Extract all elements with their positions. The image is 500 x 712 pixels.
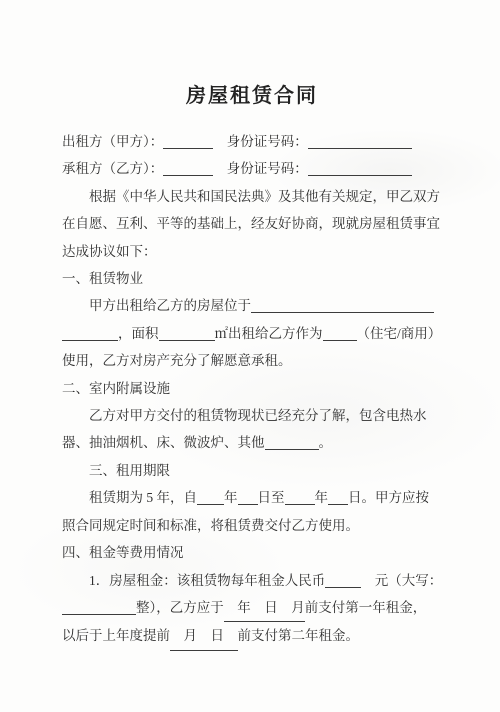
text-segment: 年 — [224, 490, 238, 505]
section-3-heading: 三、租用期限 — [62, 457, 442, 484]
preamble-line-3: 达成协议如下： — [62, 238, 442, 265]
blank-fill-field — [163, 135, 213, 150]
clause-1-line-3: 使用，乙方对房产充分了解愿意承租。 — [62, 347, 442, 374]
clause-3-line-2: 照合同规定时间和标准，将租赁费交付乙方使用。 — [62, 512, 442, 539]
clause-3-line-1: 租赁期为 5 年，自年日至年日。甲方应按 — [62, 484, 442, 511]
clause-1-line-2: ，面积㎡出租给乙方作为（住宅/商用） — [62, 320, 442, 347]
underlined-text-segment: 月 日 — [170, 622, 238, 650]
clause-1-line-1: 甲方出租给乙方的房屋位于 — [62, 292, 442, 319]
text-segment: 照合同规定时间和标准，将租赁费交付乙方使用。 — [62, 518, 359, 533]
section-2-heading: 二、室内附属设施 — [62, 375, 442, 402]
clause-2-line-1: 乙方对甲方交付的租赁物现状已经充分了解，包含电热水 — [62, 402, 442, 429]
blank-fill-field — [308, 135, 412, 150]
text-segment: 租赁期为 5 年，自 — [89, 490, 197, 505]
text-segment: 前支付第一年租金， — [305, 600, 427, 615]
text-segment: 年 — [315, 490, 329, 505]
text-segment: 三、租用期限 — [89, 463, 170, 478]
blank-fill-field — [265, 436, 319, 451]
text-segment: 使用，乙方对房产充分了解愿意承租。 — [62, 353, 292, 368]
underlined-text-segment: 年 日 月 — [224, 594, 305, 622]
clause-4-line-2: 整），乙方应于 年 日 月前支付第一年租金， — [62, 594, 442, 622]
party-b-line: 承租方（乙方）： 身份证号码： — [62, 155, 442, 182]
blank-fill-field — [163, 162, 213, 177]
document-lines: 出租方（甲方）： 身份证号码：承租方（乙方）： 身份证号码：根据《中华人民共和国… — [62, 128, 442, 651]
text-segment: 前支付第二年租金。 — [238, 628, 360, 643]
blank-fill-field — [251, 299, 434, 314]
section-4-heading: 四、租金等费用情况 — [62, 539, 442, 566]
text-segment: 甲方出租给乙方的房屋位于 — [89, 298, 251, 313]
text-segment: 在自愿、互利、平等的基础上，经友好协商，现就房屋租赁事宜 — [62, 216, 440, 231]
text-segment: 达成协议如下： — [62, 244, 157, 259]
blank-fill-field — [328, 491, 348, 506]
text-segment: 整），乙方应于 — [136, 600, 224, 615]
clause-4-line-3: 以后于上年度提前 月 日 前支付第二年租金。 — [62, 622, 442, 650]
document-title: 房屋租赁合同 — [62, 84, 442, 108]
text-segment: ㎡出租给乙方作为 — [215, 326, 323, 341]
section-1-heading: 一、租赁物业 — [62, 265, 442, 292]
text-segment: （住宅/商用） — [357, 326, 442, 341]
text-segment: 出租方（甲方）： — [62, 134, 163, 149]
blank-fill-field — [325, 573, 361, 588]
text-segment: 根据《中华人民共和国民法典》及其他有关规定，甲乙双方 — [89, 189, 440, 204]
text-segment: 承租方（乙方）： — [62, 161, 163, 176]
text-segment: 日至 — [258, 490, 285, 505]
blank-fill-field — [62, 600, 136, 615]
text-segment: 乙方对甲方交付的租赁物现状已经充分了解，包含电热水 — [89, 408, 427, 423]
blank-fill-field — [323, 326, 357, 341]
contract-page: 房屋租赁合同 出租方（甲方）： 身份证号码：承租方（乙方）： 身份证号码：根据《… — [0, 0, 500, 712]
party-a-line: 出租方（甲方）： 身份证号码： — [62, 128, 442, 155]
text-segment: 1．房屋租金：该租赁物每年租金人民币 — [89, 573, 325, 588]
text-segment: 二、室内附属设施 — [62, 381, 170, 396]
blank-fill-field — [62, 326, 118, 341]
preamble-line-1: 根据《中华人民共和国民法典》及其他有关规定，甲乙双方 — [62, 183, 442, 210]
text-segment: 日。甲方应按 — [348, 490, 429, 505]
clause-2-line-2: 器、抽油烟机、床、微波炉、其他。 — [62, 429, 442, 456]
blank-fill-field — [285, 491, 315, 506]
blank-fill-field — [238, 491, 258, 506]
text-segment: 四、租金等费用情况 — [62, 545, 184, 560]
blank-fill-field — [197, 491, 224, 506]
preamble-line-2: 在自愿、互利、平等的基础上，经友好协商，现就房屋租赁事宜 — [62, 210, 442, 237]
text-segment: 一、租赁物业 — [62, 271, 143, 286]
blank-fill-field — [159, 326, 215, 341]
text-segment: 以后于上年度提前 — [62, 628, 170, 643]
clause-4-line-1: 1．房屋租金：该租赁物每年租金人民币 元（大写： — [62, 567, 442, 594]
text-segment: 器、抽油烟机、床、微波炉、其他 — [62, 435, 265, 450]
text-segment: 元（大写： — [361, 573, 442, 588]
blank-fill-field — [308, 162, 412, 177]
text-segment: 身份证号码： — [213, 134, 308, 149]
text-segment: 。 — [319, 435, 333, 450]
text-segment: 身份证号码： — [213, 161, 308, 176]
text-segment: ，面积 — [118, 326, 159, 341]
